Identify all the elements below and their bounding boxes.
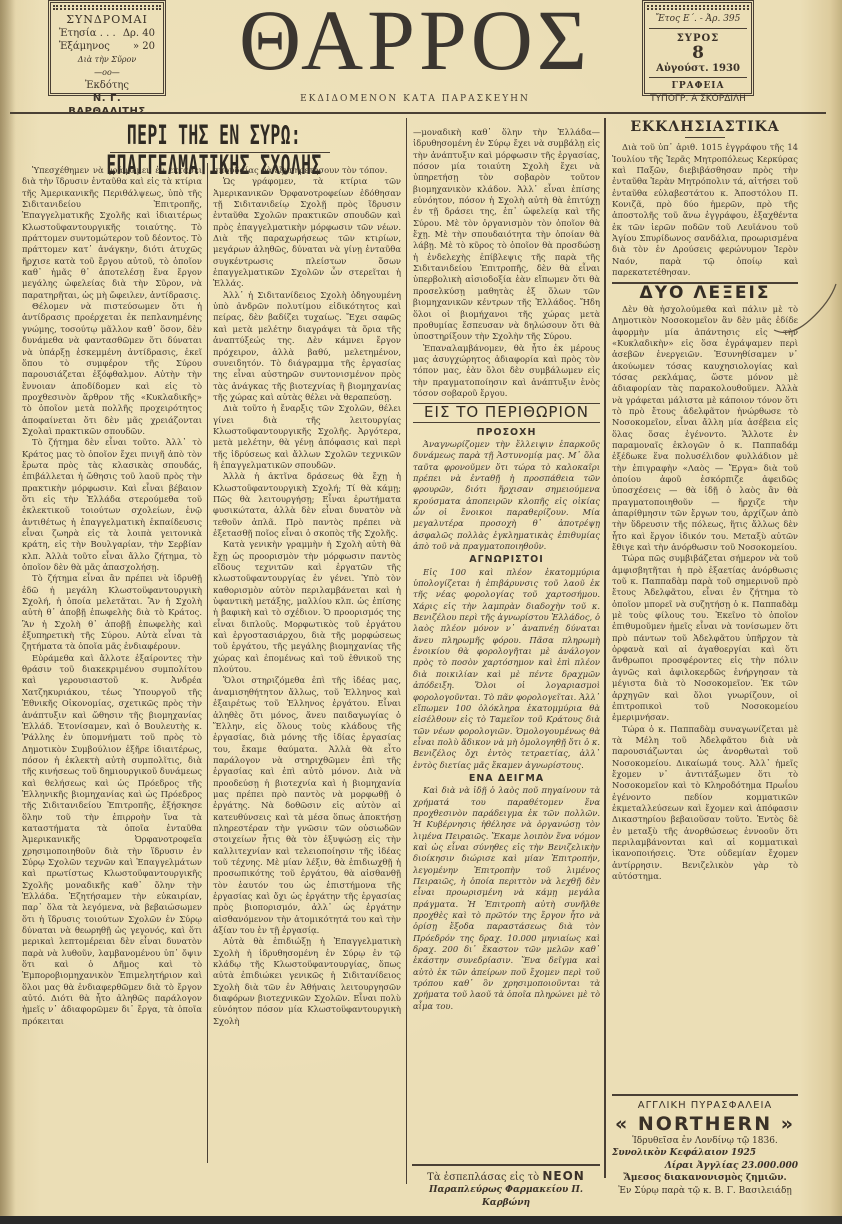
article-paragraph: Κατὰ γενικὴν γραμμὴν ἡ Σχολὴ αὐτὴ θὰ ἔχῃ… [213, 539, 401, 675]
subscription-title: ΣΥΝΔΡΟΜΑΙ [55, 13, 159, 26]
insurance-ad-claims: Ἄμεσος διακανονισμὸς ζημιῶν. [612, 1172, 798, 1185]
column-divider [406, 118, 407, 1184]
insurance-ad-heading: ΑΓΓΛΙΚΗ ΠΥΡΑΣΦΑΛΕΙΑ [612, 1100, 798, 1113]
divider-rule [612, 1094, 798, 1096]
insurance-ad-founded: Ἱδρυθεῖσα ἐν Λονδίνῳ τῷ 1836. [612, 1135, 798, 1148]
insurance-ad-agent: Ἐν Σύρῳ παρὰ τῷ κ. Β. Γ. Βασιλειάδῃ [612, 1185, 798, 1198]
margin-item-title: ΠΡΟΣΟΧΗ [413, 427, 600, 438]
neon-advertisement: Τὰ ἐσπεπλάσας εἰς τὸ NEON Παραπλεύρως Φα… [412, 1160, 600, 1210]
insurance-ad-capital: Συνολικὸν Κεφάλαιον 1925 [612, 1147, 798, 1160]
subscription-value: Δρ. 40 [123, 27, 155, 40]
subscription-row: Ἑξάμηνος » 20 [55, 40, 159, 53]
article-paragraph: Θέλομεν νὰ πιστεύσωμεν ὅτι ἡ ἀντίδρασις … [22, 301, 202, 437]
column-divider [207, 163, 208, 1163]
article-paragraph: Ἐπαναλαμβάνομεν, θὰ ἦτο ἐκ μέρους μας ἀσ… [413, 343, 600, 400]
article-column-1: Ὑπεσχέθημεν νὰ γράψωμεν ἐν ἐκτάσει διὰ τ… [22, 165, 202, 1165]
article-paragraph: —μοναδικὴ καθ᾽ ὅλην τὴν Ἑλλάδα— ἱδρυθησο… [413, 127, 600, 343]
margin-item-title: ΑΓΝΩΡΙΣΤΟΙ [413, 554, 600, 565]
newspaper-page: ΣΥΝΔΡΟΜΑΙ Ἐτησία . . . Δρ. 40 Ἑξάμηνος »… [0, 0, 842, 1224]
subscription-label: Ἑξάμηνος [59, 40, 110, 53]
issue-date: Αὐγούστ. 1930 [649, 62, 747, 78]
separator: —oo— [55, 66, 159, 79]
article-paragraph: Διὰ τοῦτο ἡ ἔναρξις τῶν Σχολῶν, θέλει γί… [213, 403, 401, 471]
publisher-label: Ἐκδότης [55, 79, 159, 92]
ornament-border [53, 5, 161, 10]
article-paragraph: σπουδαίας νὰ ἐξυπηρετήσουν τὸν τόπον. [213, 165, 401, 176]
ecclesiastical-text: Διὰ τοῦ ὑπ᾽ ἀριθ. 1015 ἐγγράφου τῆς 14 Ἰ… [612, 142, 798, 278]
pen-mark-icon [770, 280, 840, 340]
ornament-border [647, 5, 749, 10]
publisher-name: Ν. Γ. ΒΑΡΘΑΛΙΤΗΣ [55, 92, 159, 118]
newspaper-subtitle: ΕΚΔΙΔΟΜΕΝΟΝ ΚΑΤΑ ΠΑΡΑΣΚΕΥΗΝ [215, 94, 615, 104]
neon-ad-address: Παραπλεύρως Φαρμακείου Π. Καρβώνη [412, 1184, 600, 1210]
article-paragraph: Ὑπεσχέθημεν νὰ γράψωμεν ἐν ἐκτάσει διὰ τ… [22, 165, 202, 301]
issue-day: 8 [649, 45, 747, 62]
scan-bottom-edge [0, 1216, 842, 1224]
two-words-paragraph: Τώρα πῶς συμβιβάζεται σήμερον νὰ τοῦ ἀμφ… [612, 553, 798, 723]
ecclesiastical-heading: ΕΚΚΛΗΣΙΑΣΤΙΚΑ [612, 122, 798, 133]
article-paragraph: Ὅλοι στηριζόμεθα ἐπὶ τῆς ἰδέας μας, ἀναμ… [213, 675, 401, 936]
neon-ad-text: Τὰ ἐσπεπλάσας εἰς τὸ [427, 1172, 539, 1183]
margin-item-text: Εἰς 100 καὶ πλέον ἑκατομμύρια ὑπολογίζετ… [413, 567, 600, 771]
neon-ad-brand: NEON [542, 1169, 584, 1183]
offices-label: ΓΡΑΦΕΙΑ [649, 80, 747, 93]
column-divider [604, 118, 606, 1178]
subscription-label: Ἐτησία . . . [59, 27, 116, 40]
masthead-rule [10, 112, 826, 114]
article-paragraph: Τὸ ζήτημα εἶναι ἂν πρέπει νὰ ἱδρυθῇ ἐδῶ … [22, 573, 202, 652]
insurance-ad-amount: Λίραι Ἀγγλίας 23.000.000 [612, 1160, 798, 1173]
subscription-note: Διὰ τὴν Σῦρον [55, 53, 159, 66]
article-paragraph: Ἀλλὰ ἡ ἀκτῖνα δράσεως θὰ ἔχῃ ἡ Κλωστοϋφα… [213, 471, 401, 539]
article-paragraph: Ἀλλ᾽ ἡ Σιδιτανίδειος Σχολὴ ὁδηγουμένη ὑπ… [213, 290, 401, 403]
issue-number: Ἔτος Ε΄. - Ἀρ. 395 [649, 13, 747, 29]
subscription-box: ΣΥΝΔΡΟΜΑΙ Ἐτησία . . . Δρ. 40 Ἑξάμηνος »… [48, 0, 166, 96]
margin-item-text: Καὶ διὰ νὰ ἰδῇ ὁ λαὸς ποῦ πηγαίνουν τὰ χ… [413, 785, 600, 1012]
printer-name: ΤΥΠΟΓΡ. Α ΣΚΟΡΔΙΛΗ [649, 93, 747, 106]
insurance-advertisement: ΑΓΓΛΙΚΗ ΠΥΡΑΣΦΑΛΕΙΑ « NORTHERN » Ἱδρυθεῖ… [612, 1090, 798, 1197]
margin-section-heading: ΕΙΣ ΤΟ ΠΕΡΙΘΩΡΙΟΝ [413, 403, 600, 422]
article-paragraph: Τὸ ζήτημα δὲν εἶναι τοῦτο. Ἀλλ᾽ τὸ Κράτο… [22, 437, 202, 573]
binding-shadow [0, 0, 16, 1224]
issue-box: Ἔτος Ε΄. - Ἀρ. 395 ΣΥΡΟΣ 8 Αὐγούστ. 1930… [642, 0, 754, 96]
article-paragraph: Αὐτὰ θὰ ἐπιδιώξῃ ἡ Ἐπαγγελματικὴ Σχολὴ ἡ… [213, 936, 401, 1027]
margin-item-text: Ἀναγνωρίζομεν τὴν ἔλλειψιν ἐπαρκοῦς δυνά… [413, 439, 600, 552]
two-words-paragraph: Τώρα ὁ κ. Παππαδὰμ συναγωνίζεται μὲ τὰ Μ… [612, 724, 798, 883]
subscription-row: Ἐτησία . . . Δρ. 40 [55, 27, 159, 40]
article-column-2: σπουδαίας νὰ ἐξυπηρετήσουν τὸν τόπον. Ὡς… [213, 165, 401, 1165]
two-words-paragraph: Δὲν θὰ ἠσχολούμεθα καὶ πάλιν μὲ τὸ Δημοτ… [612, 304, 798, 554]
article-paragraph: Ὡς γράφομεν, τὰ κτίρια τῶν Ἀμερικανικῶν … [213, 176, 401, 289]
neon-ad-line: Τὰ ἐσπεπλάσας εἰς τὸ NEON [412, 1170, 600, 1184]
headline-underline [110, 152, 330, 153]
insurance-ad-brand: « NORTHERN » [612, 1113, 798, 1135]
subscription-value: » 20 [133, 40, 155, 53]
divider-rule [412, 1164, 600, 1166]
heading-underline [685, 137, 725, 138]
article-column-3: —μοναδικὴ καθ᾽ ὅλην τὴν Ἑλλάδα— ἱδρυθησο… [413, 127, 600, 1157]
article-paragraph: Εὑράμεθα καὶ ἄλλοτε ἐξαίροντες τὴν θράσι… [22, 653, 202, 1027]
newspaper-title: ΘΑΡΡΟΣ [215, 0, 615, 80]
margin-item-title: ΕΝΑ ΔΕΙΓΜΑ [413, 773, 600, 784]
